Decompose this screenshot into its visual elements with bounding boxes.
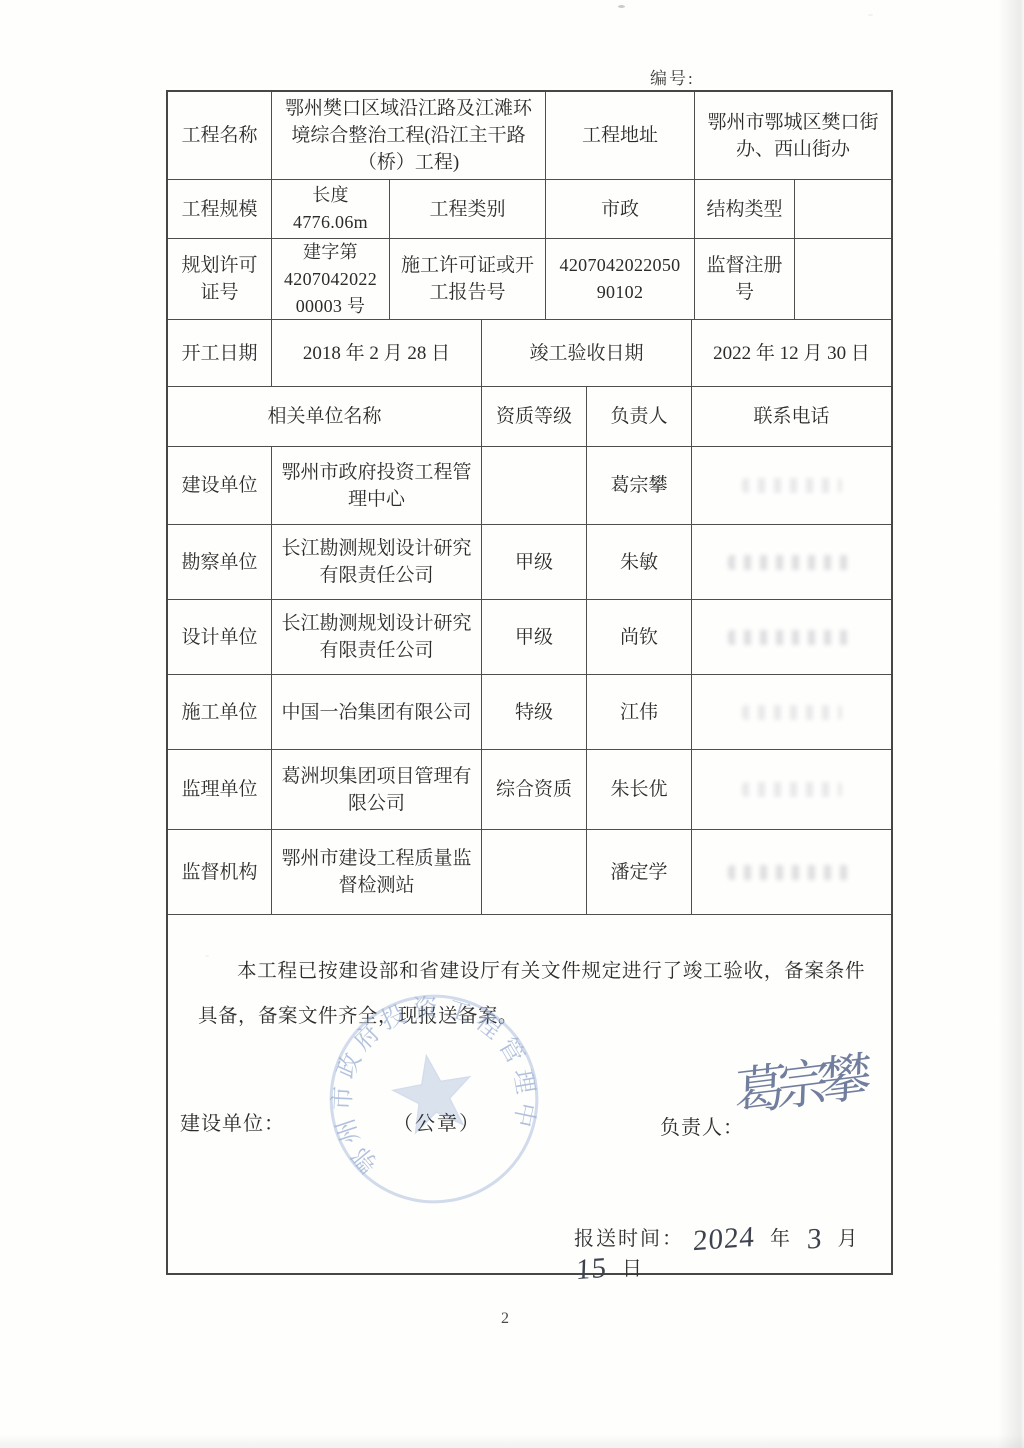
cell-unit-name: 长江勘测规划设计研究有限责任公司 (272, 600, 482, 674)
redacted-phone (742, 705, 842, 720)
declaration-cell: 本工程已按建设部和省建设厅有关文件规定进行了竣工验收，备案条件具备，备案文件齐全… (168, 915, 891, 1277)
submit-date-line: 报送时间： 2024 年 3 月 15 日 (574, 1223, 891, 1283)
seal-note: （公章） (393, 1113, 481, 1135)
cell-completion-date-value: 2022 年 12 月 30 日 (692, 320, 891, 386)
cell-supervision-reg-value (795, 239, 891, 319)
table-row: 设计单位 长江勘测规划设计研究有限责任公司 甲级 尚钦 (168, 600, 891, 675)
header-unit-name: 相关单位名称 (168, 387, 482, 446)
cell-unit-label: 建设单位 (168, 447, 272, 524)
header-grade: 资质等级 (482, 387, 587, 446)
page-number: 2 (0, 1310, 1010, 1328)
scan-speck (205, 955, 209, 957)
handwritten-year: 2024 (693, 1224, 756, 1255)
responsible-label: 负责人： (660, 1117, 744, 1139)
cell-supervision-reg-label: 监督注册号 (695, 239, 795, 319)
cell-unit-label: 勘察单位 (168, 525, 272, 599)
header-phone: 联系电话 (692, 387, 891, 446)
registration-table: 工程名称 鄂州樊口区域沿江路及江滩环境综合整治工程(沿江主干路（桥）工程) 工程… (166, 90, 893, 1275)
cell-address-value: 鄂州市鄂城区樊口街办、西山街办 (695, 92, 891, 179)
submit-label: 报送时间： (574, 1228, 684, 1250)
cell-unit-label: 监督机构 (168, 830, 272, 914)
redacted-phone (728, 865, 856, 880)
cell-unit-phone (692, 600, 891, 674)
builder-signature-line: 建设单位： （公章） (180, 1111, 481, 1138)
handwritten-signature: 葛宗攀 (734, 1065, 863, 1108)
table-row: 监理单位 葛洲坝集团项目管理有限公司 综合资质 朱长优 (168, 750, 891, 830)
redacted-phone (742, 782, 842, 797)
cell-unit-phone (692, 750, 891, 829)
cell-construction-permit-label: 施工许可证或开工报告号 (390, 239, 546, 319)
cell-category-value: 市政 (546, 180, 695, 238)
cell-start-date-value: 2018 年 2 月 28 日 (272, 320, 482, 386)
cell-unit-grade (482, 447, 587, 524)
cell-unit-label: 监理单位 (168, 750, 272, 829)
cell-structure-label: 结构类型 (695, 180, 795, 238)
cell-address-label: 工程地址 (546, 92, 695, 179)
scan-edge-shadow (0, 1434, 1024, 1448)
cell-unit-person: 潘定学 (587, 830, 692, 914)
scanned-form-page: 编号: 工程名称 鄂州樊口区域沿江路及江滩环境综合整治工程(沿江主干路（桥）工程… (0, 0, 1024, 1448)
table-row: 本工程已按建设部和省建设厅有关文件规定进行了竣工验收，备案条件具备，备案文件齐全… (168, 915, 891, 1277)
cell-project-name-value: 鄂州樊口区域沿江路及江滩环境综合整治工程(沿江主干路（桥）工程) (272, 92, 546, 179)
cell-unit-grade: 特级 (482, 675, 587, 749)
table-row: 开工日期 2018 年 2 月 28 日 竣工验收日期 2022 年 12 月 … (168, 320, 891, 387)
table-row: 规划许可证号 建字第 4207042022 00003 号 施工许可证或开工报告… (168, 239, 891, 320)
cell-structure-value (795, 180, 891, 238)
table-row: 施工单位 中国一冶集团有限公司 特级 江伟 (168, 675, 891, 750)
cell-unit-name: 鄂州市建设工程质量监督检测站 (272, 830, 482, 914)
cell-planning-permit-label: 规划许可证号 (168, 239, 272, 319)
scan-speck (868, 14, 873, 16)
cell-unit-label: 设计单位 (168, 600, 272, 674)
cell-unit-phone (692, 830, 891, 914)
cell-unit-phone (692, 525, 891, 599)
handwritten-month: 3 (807, 1225, 823, 1253)
table-row: 工程规模 长度 4776.06m 工程类别 市政 结构类型 (168, 180, 891, 239)
declaration-text: 本工程已按建设部和省建设厅有关文件规定进行了竣工验收，备案条件具备，备案文件齐全… (198, 949, 865, 1039)
cell-unit-grade: 甲级 (482, 525, 587, 599)
cell-unit-phone (692, 447, 891, 524)
cell-unit-grade (482, 830, 587, 914)
redacted-phone (728, 555, 856, 570)
cell-unit-grade: 甲级 (482, 600, 587, 674)
cell-unit-name: 葛洲坝集团项目管理有限公司 (272, 750, 482, 829)
cell-planning-permit-value: 建字第 4207042022 00003 号 (272, 239, 390, 319)
cell-unit-phone (692, 675, 891, 749)
header-person: 负责人 (587, 387, 692, 446)
cell-unit-name: 长江勘测规划设计研究有限责任公司 (272, 525, 482, 599)
month-unit: 月 (838, 1228, 860, 1250)
scan-edge-shadow (998, 0, 1024, 1448)
cell-completion-date-label: 竣工验收日期 (482, 320, 692, 386)
table-row: 建设单位 鄂州市政府投资工程管理中心 葛宗攀 (168, 447, 891, 525)
cell-unit-person: 葛宗攀 (587, 447, 692, 524)
cell-scale-value: 长度 4776.06m (272, 180, 390, 238)
table-header-row: 相关单位名称 资质等级 负责人 联系电话 (168, 387, 891, 447)
redacted-phone (728, 630, 856, 645)
cell-unit-grade: 综合资质 (482, 750, 587, 829)
redacted-phone (742, 478, 842, 493)
serial-underline (700, 71, 868, 91)
table-row: 监督机构 鄂州市建设工程质量监督检测站 潘定学 (168, 830, 891, 915)
table-row: 勘察单位 长江勘测规划设计研究有限责任公司 甲级 朱敏 (168, 525, 891, 600)
cell-unit-name: 鄂州市政府投资工程管理中心 (272, 447, 482, 524)
scan-speck (618, 5, 625, 8)
cell-unit-person: 尚钦 (587, 600, 692, 674)
cell-category-label: 工程类别 (390, 180, 546, 238)
cell-unit-label: 施工单位 (168, 675, 272, 749)
cell-scale-label: 工程规模 (168, 180, 272, 238)
cell-unit-person: 江伟 (587, 675, 692, 749)
cell-unit-name: 中国一冶集团有限公司 (272, 675, 482, 749)
responsible-signature-line: 负责人： (660, 1115, 744, 1142)
cell-unit-person: 朱长优 (587, 750, 692, 829)
day-unit: 日 (622, 1258, 644, 1280)
serial-number-field: 编号: (650, 64, 868, 91)
year-unit: 年 (770, 1228, 792, 1250)
cell-start-date-label: 开工日期 (168, 320, 272, 386)
cell-unit-person: 朱敏 (587, 525, 692, 599)
table-row: 工程名称 鄂州樊口区域沿江路及江滩环境综合整治工程(沿江主干路（桥）工程) 工程… (168, 92, 891, 180)
builder-label: 建设单位： (180, 1113, 285, 1135)
handwritten-day: 15 (576, 1255, 608, 1284)
cell-project-name-label: 工程名称 (168, 92, 272, 179)
serial-label: 编号: (650, 64, 695, 91)
cell-construction-permit-value: 4207042022050 90102 (546, 239, 695, 319)
